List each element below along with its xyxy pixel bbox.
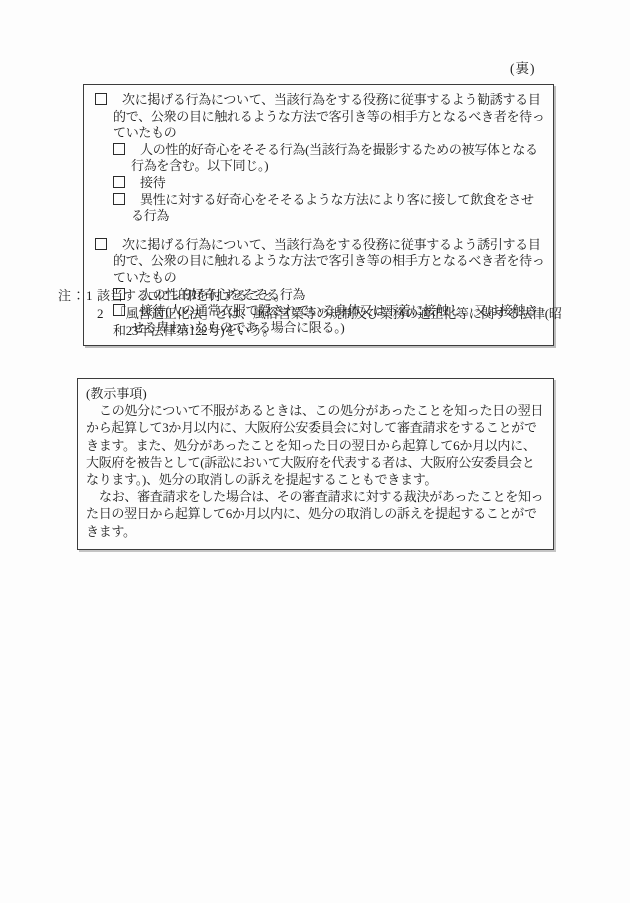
- checklist-item-1a: 人の性的好奇心をそそる行為(当該行為を撮影するための被写体となる行為を含む。以下…: [113, 142, 545, 175]
- checkbox[interactable]: [95, 93, 107, 105]
- checklist-item-label: 接待: [140, 175, 165, 190]
- note-2-number: 2: [97, 305, 113, 323]
- checklist-item-1b: 接待: [113, 175, 545, 192]
- checkbox[interactable]: [95, 238, 107, 250]
- checkbox[interactable]: [113, 193, 125, 205]
- checklist-item-label: 次に掲げる行為について、当該行為をする役務に従事するよう勧誘する目的で、公衆の目…: [113, 92, 545, 140]
- checklist-item-2: 次に掲げる行為について、当該行為をする役務に従事するよう誘引する目的で、公衆の目…: [95, 237, 545, 287]
- document-page: (裏) 次に掲げる行為について、当該行為をする役務に従事するよう勧誘する目的で、…: [0, 0, 630, 903]
- instruction-paragraph-2: なお、審査請求をした場合は、その審査請求に対する裁決があったことを知った日の翌日…: [86, 488, 544, 540]
- appeal-instructions-box: (教示事項) この処分について不服があるときは、この処分があったことを知った日の…: [77, 378, 554, 550]
- instruction-paragraph-1: この処分について不服があるときは、この処分があったことを知った日の翌日から起算し…: [86, 402, 544, 488]
- checklist-item-1: 次に掲げる行為について、当該行為をする役務に従事するよう勧誘する目的で、公衆の目…: [95, 92, 545, 142]
- note-line-2-text: 「風営適正化法」とは、風俗営業等の規制及び業務の適正化等に関する法律(昭和23年…: [113, 306, 562, 339]
- note-line-2: 2「風営適正化法」とは、風俗営業等の規制及び業務の適正化等に関する法律(昭和23…: [97, 305, 565, 340]
- notes-section: 注：1 該当する□にレ印を付すること。 2「風営適正化法」とは、風俗営業等の規制…: [58, 287, 558, 340]
- page-side-label: (裏): [510, 57, 536, 77]
- checklist-item-1c: 異性に対する好奇心をそそるような方法により客に接して飲食をさせる行為: [113, 192, 545, 225]
- note-line-1-text: 該当する□にレ印を付すること。: [97, 287, 287, 305]
- checkbox[interactable]: [113, 143, 125, 155]
- note-line-1: 注：1 該当する□にレ印を付すること。: [58, 287, 558, 305]
- checklist-item-label: 次に掲げる行為について、当該行為をする役務に従事するよう誘引する目的で、公衆の目…: [113, 237, 545, 285]
- instruction-box-title: (教示事項): [86, 385, 544, 402]
- checklist-item-label: 人の性的好奇心をそそる行為(当該行為を撮影するための被写体となる行為を含む。以下…: [131, 142, 538, 174]
- checkbox[interactable]: [113, 176, 125, 188]
- checklist-item-label: 異性に対する好奇心をそそるような方法により客に接して飲食をさせる行為: [131, 192, 534, 224]
- note-prefix: 注：1: [58, 287, 97, 305]
